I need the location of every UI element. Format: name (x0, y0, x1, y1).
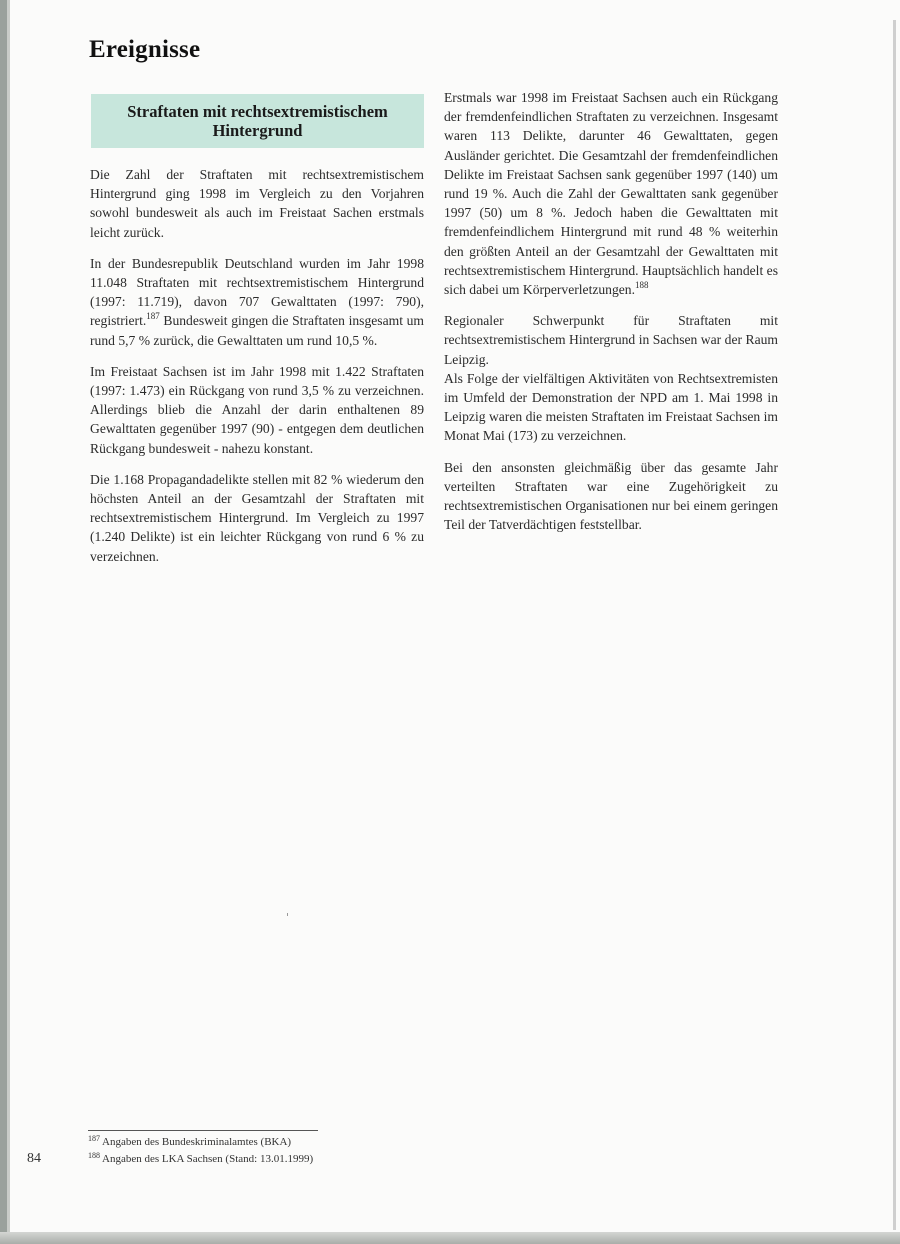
paragraph-text: Erstmals war 1998 im Freistaat Sachsen a… (444, 90, 778, 297)
paragraph: Die Zahl der Straftaten mit rechtsextrem… (90, 165, 424, 242)
page-number: 84 (27, 1151, 41, 1167)
paragraph: In der Bundesrepublik Deutschland wurden… (90, 254, 424, 350)
scan-left-edge (0, 0, 7, 1244)
paragraph: Als Folge der vielfältigen Aktivitäten v… (444, 369, 778, 446)
scan-speck (287, 913, 288, 916)
section-heading-box: Straftaten mit rechtsextremistischem Hin… (91, 94, 424, 148)
footnote-number: 187 (88, 1134, 100, 1143)
section-title-line1: Straftaten mit rechtsextremistischem (127, 102, 388, 121)
paragraph: Erstmals war 1998 im Freistaat Sachsen a… (444, 88, 778, 299)
footnote-text: Angaben des LKA Sachsen (Stand: 13.01.19… (102, 1153, 313, 1165)
paragraph: Regionaler Schwerpunkt für Straftaten mi… (444, 311, 778, 369)
right-column: Erstmals war 1998 im Freistaat Sachsen a… (444, 88, 778, 546)
section-title-line2: Hintergrund (213, 121, 303, 140)
footnotes: 187Angaben des Bundeskriminalamtes (BKA)… (88, 1134, 313, 1168)
page-title: Ereignisse (89, 36, 200, 64)
footnote-item: 188Angaben des LKA Sachsen (Stand: 13.01… (88, 1151, 313, 1168)
footnote-ref[interactable]: 188 (635, 280, 649, 290)
paragraph: Im Freistaat Sachsen ist im Jahr 1998 mi… (90, 362, 424, 458)
footnote-item: 187Angaben des Bundeskriminalamtes (BKA) (88, 1134, 313, 1151)
footnote-number: 188 (88, 1151, 100, 1160)
scan-left-edge-shadow (7, 0, 10, 1244)
footnote-text: Angaben des Bundeskriminalamtes (BKA) (102, 1136, 291, 1148)
left-column: Die Zahl der Straftaten mit rechtsextrem… (90, 165, 424, 578)
paragraph: Die 1.168 Propagandadelikte stellen mit … (90, 470, 424, 566)
section-title: Straftaten mit rechtsextremistischem Hin… (127, 102, 388, 140)
scan-right-edge (893, 20, 896, 1230)
paragraph: Bei den ansonsten gleichmäßig über das g… (444, 458, 778, 535)
footnote-ref[interactable]: 187 (146, 311, 160, 321)
footnote-divider (88, 1130, 318, 1131)
scan-bottom-edge (0, 1232, 900, 1244)
